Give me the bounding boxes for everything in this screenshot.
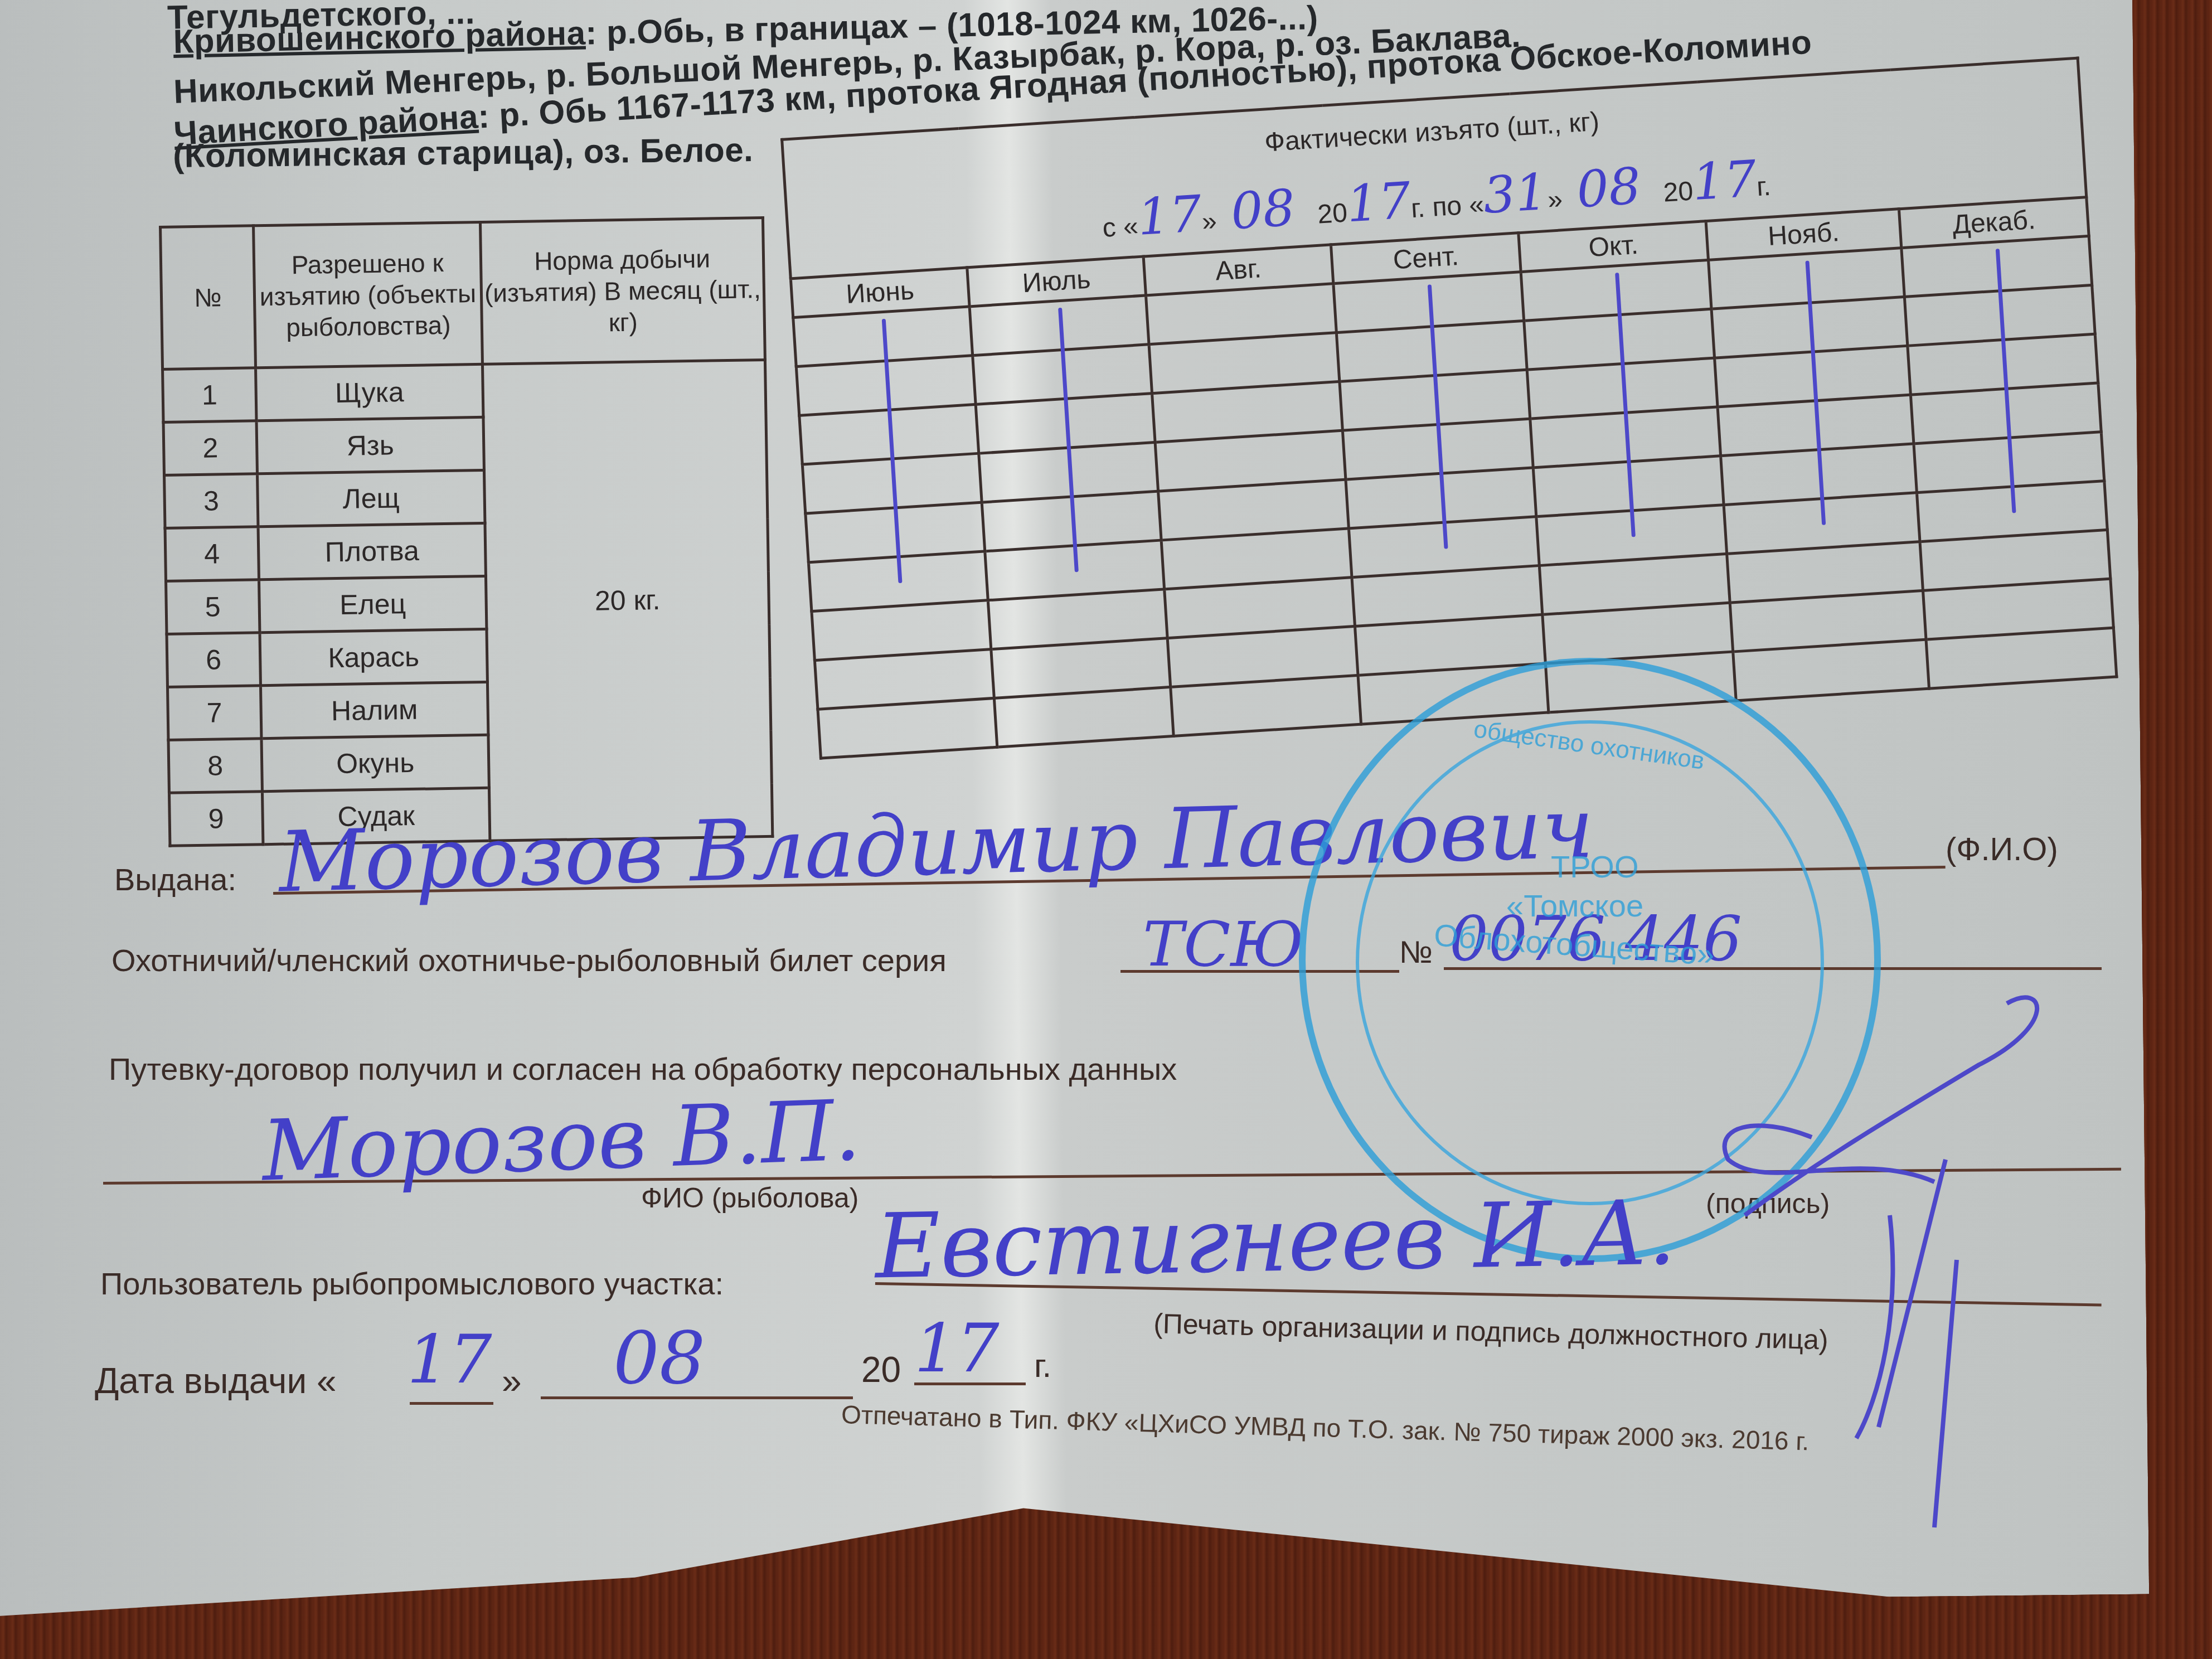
row-no: 1 — [163, 368, 256, 423]
period-from-day: 17 — [1136, 185, 1204, 247]
period-to-year-prefix: 20 — [1662, 176, 1694, 207]
district-krivosheinsky: Кривошеинского района — [173, 14, 586, 60]
issue-year-line — [914, 1382, 1026, 1385]
ticket-series-handwritten: ТСЮ — [1143, 909, 1304, 980]
row-species: Окунь — [261, 735, 489, 791]
row-no: 8 — [168, 739, 262, 793]
col-header-no: № — [161, 226, 256, 370]
issue-month-handwritten: 08 — [613, 1316, 705, 1400]
row-no: 5 — [166, 580, 260, 634]
row-no: 9 — [169, 792, 263, 846]
species-table: № Разрешено к изъятию (объекты рыболовст… — [159, 216, 774, 847]
period-from-prefix: с « — [1102, 211, 1139, 243]
issue-year-handwritten: 17 — [914, 1310, 1000, 1388]
catch-cell — [994, 687, 1173, 748]
consent-text: Путевку-договор получил и согласен на об… — [109, 1051, 1177, 1087]
row-no: 3 — [164, 474, 258, 528]
issued-caption: (Ф.И.О) — [1946, 831, 2058, 868]
quote-close: » — [1201, 206, 1233, 237]
row-no: 7 — [167, 686, 261, 740]
row-species: Язь — [256, 417, 484, 473]
row-no: 6 — [167, 633, 260, 687]
issue-day-handwritten: 17 — [407, 1321, 492, 1399]
row-species: Налим — [260, 682, 488, 738]
col-header-species: Разрешено к изъятию (объекты рыболовства… — [254, 222, 483, 367]
issue-day-line — [410, 1402, 493, 1405]
row-no: 2 — [163, 421, 257, 476]
row-no: 4 — [165, 527, 259, 581]
actual-catch-table: Фактически изъято (шт., кг) с «17» 08 20… — [780, 56, 2118, 759]
row-species: Елец — [259, 576, 486, 632]
period-suffix: г. — [1756, 172, 1772, 202]
col-header-norm: Норма добычи (изъятия) В месяц (шт., кг) — [480, 217, 765, 364]
user-signature-handwritten: Евстигнеев И.А. — [874, 1180, 1676, 1298]
period-from-month: 08 — [1229, 178, 1297, 241]
period-to-day: 31 — [1482, 163, 1549, 225]
fisher-caption: ФИО (рыболова) — [641, 1182, 858, 1214]
quote-close: » — [1547, 184, 1579, 215]
row-species: Карась — [260, 629, 487, 685]
stamp-center-line1: ТРОО — [1551, 848, 1638, 885]
issue-suffix: г. — [1034, 1346, 1051, 1385]
norm-value: 20 кг. — [482, 360, 772, 841]
header-line-4: (Коломинская старица), оз. Белое. — [173, 130, 754, 175]
catch-cell — [818, 698, 997, 758]
period-to-year: 17 — [1691, 149, 1758, 212]
ticket-label: Охотничий/членский охотничье-рыболовный … — [111, 942, 947, 978]
issue-date-label: Дата выдачи « — [95, 1360, 337, 1401]
user-label: Пользователь рыбопромыслового участка: — [100, 1265, 724, 1302]
issue-date-quote: » — [502, 1360, 522, 1401]
table-row: 1 Щука 20 кг. — [163, 360, 766, 422]
official-signature-scribble — [1645, 981, 2090, 1539]
row-species: Щука — [256, 364, 483, 420]
issued-label: Выдана: — [114, 861, 236, 898]
period-to-month: 08 — [1575, 157, 1642, 219]
period-from-year-prefix: 20 — [1317, 198, 1348, 229]
issue-month-line — [541, 1396, 853, 1399]
period-to-prefix: г. по « — [1410, 190, 1485, 224]
period-from-year: 17 — [1345, 171, 1413, 234]
row-species: Лещ — [258, 470, 485, 526]
stamp-center-line2: «Томское — [1506, 887, 1643, 924]
row-species: Плотва — [258, 523, 486, 579]
issue-year-prefix: 20 — [861, 1349, 901, 1390]
